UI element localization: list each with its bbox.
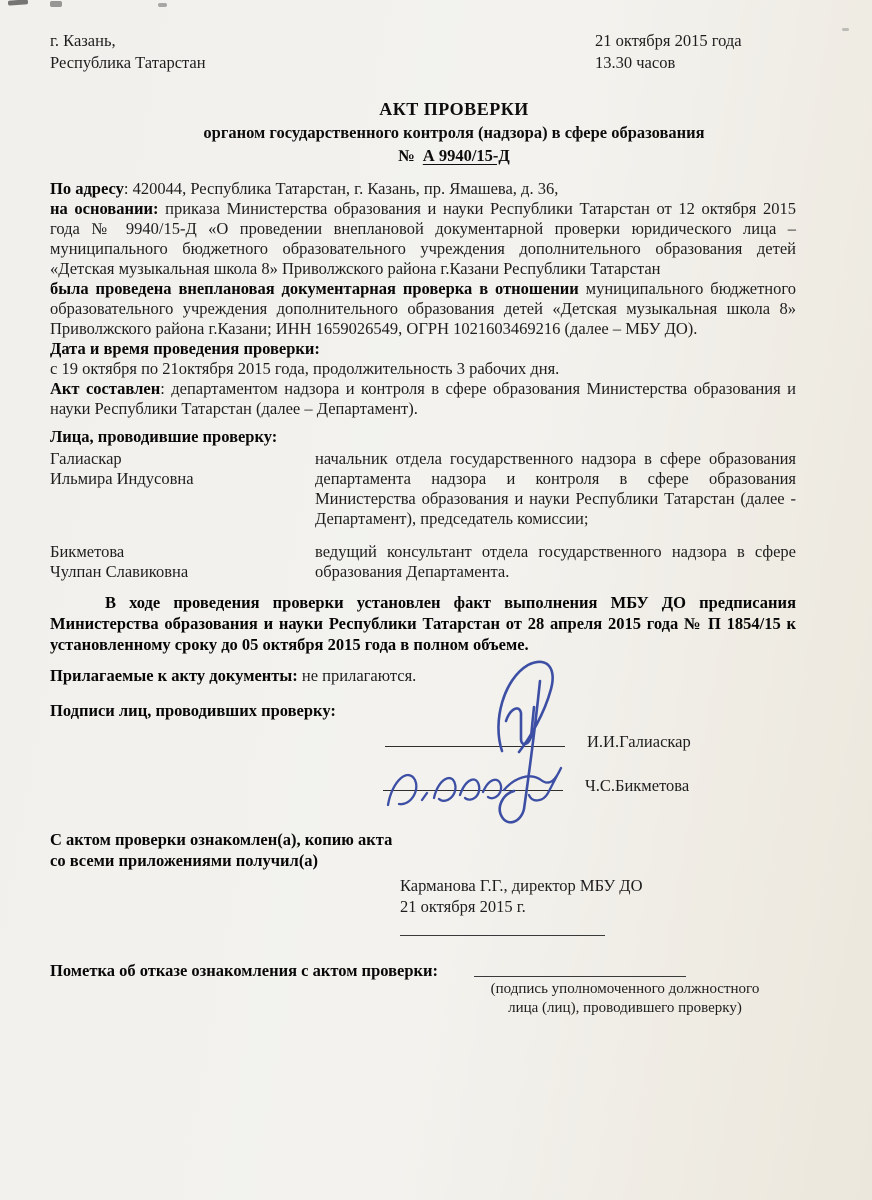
refusal-signature-line bbox=[474, 976, 686, 977]
header-place: г. Казань, Республика Татарстан bbox=[50, 30, 595, 74]
document-content: г. Казань, Республика Татарстан 21 октяб… bbox=[50, 0, 796, 1018]
refusal-section: Пометка об отказе ознакомления с актом п… bbox=[50, 960, 796, 1018]
inspector-row: Галиаскар Ильмира Индусовна начальник от… bbox=[50, 449, 796, 529]
scan-artifact bbox=[842, 28, 849, 31]
address-label: По адресу bbox=[50, 179, 124, 198]
acknowledgment-date: 21 октября 2015 г. bbox=[400, 896, 796, 917]
datetime-heading: Дата и время проведения проверки: bbox=[50, 339, 796, 359]
acknowledgment-recipient-block: Карманова Г.Г., директор МБУ ДО 21 октяб… bbox=[400, 875, 796, 936]
scan-artifact bbox=[8, 0, 28, 6]
inspector-name: Бикметова Чулпан Славиковна bbox=[50, 542, 315, 582]
acknowledgment-line-2: со всеми приложениями получил(а) bbox=[50, 850, 796, 871]
inspectors-heading: Лица, проводившие проверку: bbox=[50, 427, 796, 447]
composed-label: Акт составлен bbox=[50, 379, 160, 398]
attachments-line: Прилагаемые к акту документы: не прилага… bbox=[50, 665, 796, 686]
signature-line bbox=[385, 730, 565, 747]
inspector-role: начальник отдела государственного надзор… bbox=[315, 449, 796, 529]
scanned-document-page: г. Казань, Республика Татарстан 21 октяб… bbox=[0, 0, 872, 1200]
document-header: г. Казань, Республика Татарстан 21 октяб… bbox=[50, 30, 796, 74]
refusal-caption: (подпись уполномоченного должностного ли… bbox=[460, 980, 790, 1018]
recipient-name: Карманова Г.Г., директор МБУ ДО bbox=[400, 875, 796, 896]
datetime-text: с 19 октября по 21октября 2015 года, про… bbox=[50, 359, 796, 379]
document-title-block: АКТ ПРОВЕРКИ органом государственного ко… bbox=[50, 98, 796, 167]
composed-text: : департаментом надзора и контроля в сфе… bbox=[50, 379, 796, 418]
basis-paragraph: на основании: приказа Министерства образ… bbox=[50, 199, 796, 279]
basis-text: приказа Министерства образования и науки… bbox=[50, 199, 796, 278]
date-line: 21 октября 2015 года bbox=[595, 30, 795, 52]
recipient-signature-line bbox=[400, 935, 605, 936]
refusal-signature-block: (подпись уполномоченного должностного ли… bbox=[460, 960, 790, 1018]
inspector-role: ведущий консультант отдела государственн… bbox=[315, 542, 796, 582]
refusal-caption-line-1: (подпись уполномоченного должностного bbox=[460, 980, 790, 999]
address-text: : 420044, Республика Татарстан, г. Казан… bbox=[124, 179, 558, 198]
signature-row: И.И.Галиаскар bbox=[385, 730, 691, 747]
place-line-1: г. Казань, bbox=[50, 30, 595, 52]
acknowledgment-line-1: С актом проверки ознакомлен(а), копию ак… bbox=[50, 829, 796, 850]
refusal-label: Пометка об отказе ознакомления с актом п… bbox=[50, 960, 438, 1018]
header-datetime: 21 октября 2015 года 13.30 часов bbox=[595, 30, 795, 74]
attachments-label: Прилагаемые к акту документы: bbox=[50, 666, 298, 685]
signatures-heading: Подписи лиц, проводивших проверку: bbox=[50, 700, 796, 721]
conducted-label: была проведена внеплановая документарная… bbox=[50, 279, 579, 298]
address-paragraph: По адресу: 420044, Республика Татарстан,… bbox=[50, 179, 796, 199]
composed-paragraph: Акт составлен: департаментом надзора и к… bbox=[50, 379, 796, 419]
conducted-paragraph: была проведена внеплановая документарная… bbox=[50, 279, 796, 339]
refusal-caption-line-2: лица (лиц), проводившего проверку) bbox=[460, 999, 790, 1018]
signature-line bbox=[383, 774, 563, 791]
number-sign: № bbox=[398, 146, 415, 165]
place-line-2: Республика Татарстан bbox=[50, 52, 595, 74]
number-value: А 9940/15-Д bbox=[423, 146, 510, 165]
inspector-row: Бикметова Чулпан Славиковна ведущий конс… bbox=[50, 542, 796, 582]
signatory-name: И.И.Галиаскар bbox=[565, 733, 691, 750]
handwritten-signature-ink bbox=[380, 659, 590, 839]
acknowledgment-section: С актом проверки ознакомлен(а), копию ак… bbox=[50, 829, 796, 936]
time-line: 13.30 часов bbox=[595, 52, 795, 74]
inspector-name: Галиаскар Ильмира Индусовна bbox=[50, 449, 315, 529]
title-line-1: АКТ ПРОВЕРКИ bbox=[112, 98, 796, 121]
findings-paragraph: В ходе проведения проверки установлен фа… bbox=[50, 592, 796, 655]
signatory-name: Ч.С.Бикметова bbox=[563, 777, 689, 794]
title-line-2: органом государственного контроля (надзо… bbox=[112, 121, 796, 144]
signature-area: И.И.Галиаскар Ч.С.Бикметова bbox=[50, 721, 796, 821]
attachments-value: не прилагаются. bbox=[298, 666, 417, 685]
signature-row: Ч.С.Бикметова bbox=[383, 774, 689, 791]
document-body: По адресу: 420044, Республика Татарстан,… bbox=[50, 179, 796, 419]
basis-label: на основании: bbox=[50, 199, 158, 218]
document-number: №А 9940/15-Д bbox=[112, 144, 796, 167]
